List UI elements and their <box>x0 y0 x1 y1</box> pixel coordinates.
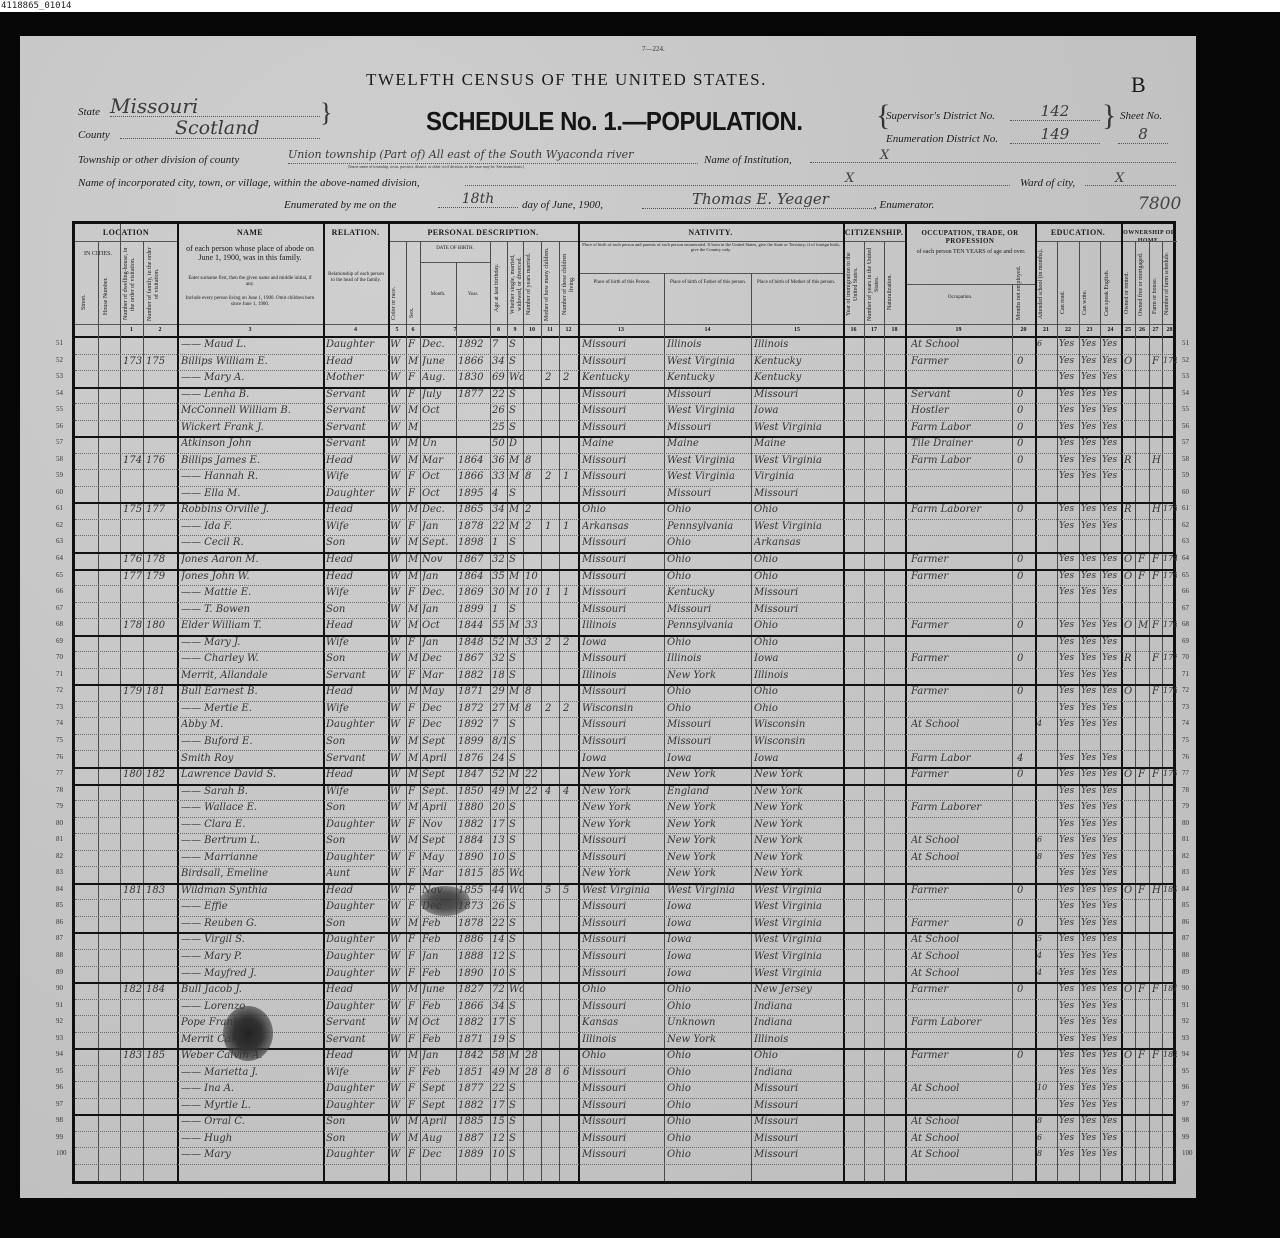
relation: Servant <box>326 389 386 400</box>
dwelling-number: 179 <box>123 686 143 697</box>
can-write: Yes <box>1081 968 1100 978</box>
children-living: 4 <box>563 786 577 797</box>
can-speak-english: Yes <box>1102 438 1121 448</box>
birth-year: 1847 <box>458 769 490 780</box>
occupation: Farm Labor <box>911 455 1011 466</box>
marital-status: S <box>509 537 523 548</box>
birthplace-person: Missouri <box>582 686 664 697</box>
person-name: Atkinson John <box>181 438 321 449</box>
can-write: Yes <box>1081 339 1100 349</box>
birthplace-mother: Wisconsin <box>754 736 842 747</box>
can-read: Yes <box>1059 934 1079 944</box>
table-row: —— Ella M. Daughter W F Oct 1895 4 S Mis… <box>75 487 1173 505</box>
occupation: Farmer <box>911 554 1011 565</box>
person-name: Wildman Synthia <box>181 885 321 896</box>
occupation: At School <box>911 1149 1011 1160</box>
person-name: —— Hugh <box>181 1133 321 1144</box>
person-name: —— Charley W. <box>181 653 321 664</box>
farm-schedule-number: 176 <box>1163 620 1177 629</box>
birthplace-father: Missouri <box>667 488 751 499</box>
occupation: At School <box>911 1116 1011 1127</box>
months-unemployed: 0 <box>1017 769 1033 780</box>
hdr-sex: Sex. <box>409 304 416 322</box>
relation: Wife <box>326 587 386 598</box>
birthplace-father: Illinois <box>667 339 751 350</box>
birthplace-person: New York <box>582 819 664 830</box>
children-living: 2 <box>563 637 577 648</box>
can-read: Yes <box>1059 885 1079 895</box>
birthplace-mother: Missouri <box>754 488 842 499</box>
age: 32 <box>492 554 507 565</box>
birth-month: Jan <box>422 604 456 615</box>
birth-month: Nov <box>422 819 456 830</box>
color: W <box>390 438 405 449</box>
birthplace-mother: Ohio <box>754 571 842 582</box>
free-mortgaged: F <box>1138 984 1149 995</box>
relation: Son <box>326 835 386 846</box>
school-months: 4 <box>1037 951 1047 960</box>
birthplace-person: Missouri <box>582 1001 664 1012</box>
birthplace-father: England <box>667 786 751 797</box>
ward-value: X <box>1085 171 1176 186</box>
years-married: 8 <box>525 455 541 466</box>
marital-status: S <box>509 1017 523 1028</box>
can-write: Yes <box>1081 835 1100 845</box>
relation: Wife <box>326 637 386 648</box>
table-row: —— Ida F. Wife W F Jan 1878 22 M 2 1 1 A… <box>75 520 1173 537</box>
birthplace-mother: Ohio <box>754 1050 842 1061</box>
marital-status: M <box>509 620 523 631</box>
color: W <box>390 389 405 400</box>
age: 34 <box>492 1001 507 1012</box>
person-name: —— Marrianne <box>181 852 321 863</box>
line-number: 70 <box>1182 653 1189 661</box>
age: 22 <box>492 1083 507 1094</box>
birthplace-father: Ohio <box>667 1100 751 1111</box>
color: W <box>390 653 405 664</box>
birthplace-father: Iowa <box>667 951 751 962</box>
can-speak-english: Yes <box>1102 637 1121 647</box>
owned-rented: O <box>1124 686 1135 697</box>
birth-year: 1890 <box>458 852 490 863</box>
birthplace-father: West Virginia <box>667 405 751 416</box>
school-months: 4 <box>1037 719 1047 728</box>
can-speak-english: Yes <box>1102 802 1121 812</box>
stamp-number: 7800 <box>1138 194 1181 214</box>
color: W <box>390 1100 405 1111</box>
birth-year: 1882 <box>458 670 490 681</box>
birthplace-father: Kentucky <box>667 587 751 598</box>
can-write: Yes <box>1081 984 1100 994</box>
line-number: 87 <box>56 934 63 942</box>
column-number: 27 <box>1149 326 1162 334</box>
birthplace-person: Missouri <box>582 571 664 582</box>
ink-smudge <box>420 886 470 916</box>
can-speak-english: Yes <box>1102 984 1121 994</box>
birth-month: Feb <box>422 918 456 929</box>
years-married: 10 <box>525 571 541 582</box>
can-write: Yes <box>1081 802 1100 812</box>
birthplace-person: Missouri <box>582 422 664 433</box>
relation: Daughter <box>326 488 386 499</box>
years-married: 10 <box>525 587 541 598</box>
can-speak-english: Yes <box>1102 819 1121 829</box>
farm-house: F <box>1152 571 1162 582</box>
years-married: 33 <box>525 637 541 648</box>
brace-left: } <box>320 98 332 128</box>
birth-year: 1882 <box>458 819 490 830</box>
birth-month: Jan <box>422 951 456 962</box>
farm-house: H <box>1152 455 1162 466</box>
relation: Head <box>326 455 386 466</box>
sex: M <box>408 736 420 747</box>
line-number: 90 <box>1182 984 1189 992</box>
form-number: 7—224. <box>642 45 665 53</box>
age: 85 <box>492 868 507 879</box>
months-unemployed: 4 <box>1017 753 1033 764</box>
column-number: 2 <box>143 326 177 334</box>
color: W <box>390 571 405 582</box>
birthplace-mother: Illinois <box>754 1034 842 1045</box>
birthplace-father: New York <box>667 1034 751 1045</box>
person-name: —— T. Bowen <box>181 604 321 615</box>
can-read: Yes <box>1059 372 1079 382</box>
age: 14 <box>492 934 507 945</box>
dwelling-number: 183 <box>123 1050 143 1061</box>
birthplace-person: Kentucky <box>582 372 664 383</box>
sex: F <box>408 951 420 962</box>
hdr-year: Year. <box>456 291 490 299</box>
birth-year: 1884 <box>458 835 490 846</box>
birthplace-mother: Missouri <box>754 604 842 615</box>
birth-year: 1866 <box>458 471 490 482</box>
line-number: 59 <box>1182 471 1189 479</box>
birth-month: July <box>422 389 456 400</box>
sex: M <box>408 1133 420 1144</box>
birthplace-father: Ohio <box>667 571 751 582</box>
marital-status: M <box>509 471 523 482</box>
person-name: Abby M. <box>181 719 321 730</box>
birthplace-father: Ohio <box>667 554 751 565</box>
institution-label: Name of Institution, <box>704 154 792 166</box>
line-number: 59 <box>56 471 63 479</box>
line-number: 69 <box>1182 637 1189 645</box>
birth-month: Nov <box>422 554 456 565</box>
sex: F <box>408 1034 420 1045</box>
color: W <box>390 1149 405 1160</box>
color: W <box>390 1067 405 1078</box>
can-write: Yes <box>1081 405 1100 415</box>
can-read: Yes <box>1059 1083 1079 1093</box>
table-row: —— Marietta J. Wife W F Feb 1851 49 M 28… <box>75 1066 1173 1083</box>
family-number: 184 <box>146 984 176 995</box>
column-number: 8 <box>490 326 507 334</box>
can-read: Yes <box>1059 703 1079 713</box>
table-row: —— Maud L. Daughter W F Dec. 1892 7 S Mi… <box>75 338 1173 355</box>
sex: M <box>408 455 420 466</box>
birthplace-person: Missouri <box>582 537 664 548</box>
can-speak-english: Yes <box>1102 554 1121 564</box>
birthplace-mother: Missouri <box>754 1133 842 1144</box>
can-write: Yes <box>1081 670 1100 680</box>
age: 7 <box>492 719 507 730</box>
age: 49 <box>492 786 507 797</box>
birthplace-father: New York <box>667 802 751 813</box>
birthplace-person: Missouri <box>582 653 664 664</box>
sex: F <box>408 885 420 896</box>
can-read: Yes <box>1059 455 1079 465</box>
line-number: 60 <box>1182 488 1189 496</box>
line-number: 53 <box>56 372 63 380</box>
owned-rented: R <box>1124 504 1135 515</box>
color: W <box>390 521 405 532</box>
line-number: 57 <box>56 438 63 446</box>
line-number: 93 <box>56 1034 63 1042</box>
years-married: 8 <box>525 703 541 714</box>
can-speak-english: Yes <box>1102 1100 1121 1110</box>
birthplace-person: Missouri <box>582 339 664 350</box>
relation: Daughter <box>326 339 386 350</box>
hdr-nativity: NATIVITY. <box>578 229 843 237</box>
marital-status: S <box>509 422 523 433</box>
line-number: 88 <box>1182 951 1189 959</box>
age: 22 <box>492 918 507 929</box>
birth-year: 1866 <box>458 1001 490 1012</box>
color: W <box>390 934 405 945</box>
person-name: —— Mary J. <box>181 637 321 648</box>
sex: F <box>408 670 420 681</box>
can-write: Yes <box>1081 372 1100 382</box>
marital-status: M <box>509 521 523 532</box>
marital-status: M <box>509 571 523 582</box>
relation: Son <box>326 802 386 813</box>
birth-month: Mar <box>422 868 456 879</box>
column-number: 5 <box>388 326 406 334</box>
person-name: —— Buford E. <box>181 736 321 747</box>
can-speak-english: Yes <box>1102 1050 1121 1060</box>
hdr-years-married: Number of years married. <box>526 246 533 322</box>
occupation: Farm Laborer <box>911 1017 1011 1028</box>
ward-label: Ward of city, <box>1020 177 1075 189</box>
birth-year: 1889 <box>458 1149 490 1160</box>
dwelling-number: 174 <box>123 455 143 466</box>
can-speak-english: Yes <box>1102 670 1121 680</box>
line-number: 71 <box>56 670 63 678</box>
column-number: 23 <box>1079 326 1100 334</box>
line-number: 62 <box>56 521 63 529</box>
hdr-occupation-sub: of each person TEN YEARS of age and over… <box>909 248 1033 256</box>
can-write: Yes <box>1081 1067 1100 1077</box>
can-speak-english: Yes <box>1102 587 1121 597</box>
birthplace-mother: New York <box>754 769 842 780</box>
birthplace-person: Missouri <box>582 1133 664 1144</box>
sex: M <box>408 504 420 515</box>
person-name: Smith Roy <box>181 753 321 764</box>
age: 12 <box>492 1133 507 1144</box>
line-number: 55 <box>1182 405 1189 413</box>
birthplace-father: Ohio <box>667 1050 751 1061</box>
years-married: 2 <box>525 521 541 532</box>
months-unemployed: 0 <box>1017 686 1033 697</box>
city-label: Name of incorporated city, town, or vill… <box>78 177 420 189</box>
color: W <box>390 819 405 830</box>
birthplace-father: Ohio <box>667 1116 751 1127</box>
free-mortgaged: F <box>1138 571 1149 582</box>
sex: M <box>408 537 420 548</box>
family-number: 177 <box>146 504 176 515</box>
table-row: 180 182 Lawrence David S. Head W M Sept … <box>75 768 1173 786</box>
can-speak-english: Yes <box>1102 471 1121 481</box>
years-married: 2 <box>525 504 541 515</box>
relation: Son <box>326 1133 386 1144</box>
birthplace-father: Pennsylvania <box>667 521 751 532</box>
occupation: Servant <box>911 389 1011 400</box>
age: 10 <box>492 852 507 863</box>
age: 24 <box>492 753 507 764</box>
birthplace-mother: West Virginia <box>754 901 842 912</box>
birth-year: 1888 <box>458 951 490 962</box>
sheet-value: 8 <box>1118 125 1168 144</box>
birthplace-person: Missouri <box>582 389 664 400</box>
sex: F <box>408 488 420 499</box>
table-row: —— T. Bowen Son W M Jan 1899 1 S Missour… <box>75 603 1173 620</box>
sex: F <box>408 1067 420 1078</box>
can-read: Yes <box>1059 587 1079 597</box>
children-living: 1 <box>563 587 577 598</box>
marital-status: S <box>509 1001 523 1012</box>
person-name: Birdsall, Emeline <box>181 868 321 879</box>
person-name: —— Mayfred J. <box>181 968 321 979</box>
age: 58 <box>492 1050 507 1061</box>
marital-status: S <box>509 819 523 830</box>
hdr-months-unemployed: Months not employed. <box>1016 264 1023 322</box>
table-row: —— Reuben G. Son W M Feb 1878 22 S Misso… <box>75 917 1173 935</box>
sex: F <box>408 637 420 648</box>
hdr-attended-school: Attended school (in months). <box>1038 246 1045 322</box>
age: 1 <box>492 537 507 548</box>
hdr-family-no: Number of family, in the order of visita… <box>147 246 161 322</box>
table-row: —— Effie Daughter W F Dec 1873 26 S Miss… <box>75 900 1173 917</box>
birth-year: 1882 <box>458 1017 490 1028</box>
birthplace-father: Missouri <box>667 389 751 400</box>
birth-month: Sept <box>422 1100 456 1111</box>
hdr-house-number: House Number. <box>103 270 110 322</box>
birthplace-person: Ohio <box>582 984 664 995</box>
line-number: 72 <box>56 686 63 694</box>
line-number: 70 <box>56 653 63 661</box>
birth-month: Oct <box>422 405 456 416</box>
line-number: 61 <box>56 504 63 512</box>
can-write: Yes <box>1081 918 1100 928</box>
enumerated-day: 18th <box>438 191 518 208</box>
line-number: 65 <box>56 571 63 579</box>
birth-month: Oct <box>422 488 456 499</box>
line-number: 67 <box>56 604 63 612</box>
family-number: 179 <box>146 571 176 582</box>
relation: Head <box>326 554 386 565</box>
birthplace-person: Iowa <box>582 753 664 764</box>
birth-month: Feb <box>422 1067 456 1078</box>
line-number: 87 <box>1182 934 1189 942</box>
column-number: 3 <box>177 326 323 334</box>
relation: Daughter <box>326 1100 386 1111</box>
line-number: 63 <box>56 537 63 545</box>
birth-month: Dec. <box>422 339 456 350</box>
can-read: Yes <box>1059 356 1079 366</box>
sex: M <box>408 802 420 813</box>
marital-status: S <box>509 968 523 979</box>
relation: Head <box>326 984 386 995</box>
relation: Son <box>326 653 386 664</box>
birthplace-father: Kentucky <box>667 372 751 383</box>
birthplace-mother: Illinois <box>754 670 842 681</box>
school-months: 8 <box>1037 1149 1047 1158</box>
can-speak-english: Yes <box>1102 753 1121 763</box>
can-read: Yes <box>1059 1116 1079 1126</box>
marital-status: M <box>509 504 523 515</box>
birthplace-person: Missouri <box>582 1116 664 1127</box>
birthplace-mother: Ohio <box>754 504 842 515</box>
birthplace-father: Iowa <box>667 934 751 945</box>
family-number: 185 <box>146 1050 176 1061</box>
marital-status: D <box>509 438 523 449</box>
birth-year: 1871 <box>458 1034 490 1045</box>
relation: Son <box>326 537 386 548</box>
line-number: 76 <box>1182 753 1189 761</box>
can-speak-english: Yes <box>1102 521 1121 531</box>
can-read: Yes <box>1059 984 1079 994</box>
birthplace-person: Missouri <box>582 1149 664 1160</box>
hdr-years-in-us: Number of years in the United States. <box>867 246 881 322</box>
birthplace-mother: New York <box>754 835 842 846</box>
township-label: Township or other division of county <box>78 154 239 166</box>
census-sheet: 7—224. TWELFTH CENSUS OF THE UNITED STAT… <box>20 36 1196 1198</box>
line-number: 51 <box>56 339 63 347</box>
table-row: 181 183 Wildman Synthia Head W F Nov 185… <box>75 884 1173 901</box>
hdr-name: NAME <box>177 229 323 237</box>
relation: Daughter <box>326 819 386 830</box>
occupation: Farmer <box>911 571 1011 582</box>
family-number: 178 <box>146 554 176 565</box>
marital-status: S <box>509 736 523 747</box>
can-speak-english: Yes <box>1102 934 1121 944</box>
age: 22 <box>492 389 507 400</box>
color: W <box>390 1001 405 1012</box>
birth-year: 1867 <box>458 554 490 565</box>
table-row: —— Mary A. Mother W F Aug. 1830 69 Wd 2 … <box>75 371 1173 389</box>
person-name: —— Sarah B. <box>181 786 321 797</box>
brace-close: } <box>1102 99 1116 133</box>
can-write: Yes <box>1081 703 1100 713</box>
person-name: Merrit, Allandale <box>181 670 321 681</box>
column-number: 19 <box>905 326 1012 334</box>
sex: F <box>408 1001 420 1012</box>
birth-year: 1827 <box>458 984 490 995</box>
occupation: At School <box>911 951 1011 962</box>
relation: Son <box>326 918 386 929</box>
person-name: —— Effie <box>181 901 321 912</box>
hdr-location: LOCATION <box>75 229 177 237</box>
person-name: —— Wallace E. <box>181 802 321 813</box>
table-row: Smith Roy Servant W M April 1876 24 S Io… <box>75 752 1173 770</box>
hdr-immigration-year: Year of immigration to the United States… <box>846 246 860 322</box>
hdr-relation-sub: Relationship of each person to the head … <box>327 272 385 284</box>
birthplace-father: Ohio <box>667 1133 751 1144</box>
can-read: Yes <box>1059 1001 1079 1011</box>
birth-year: 1830 <box>458 372 490 383</box>
birthplace-father: Iowa <box>667 968 751 979</box>
person-name: —— Mary <box>181 1149 321 1160</box>
